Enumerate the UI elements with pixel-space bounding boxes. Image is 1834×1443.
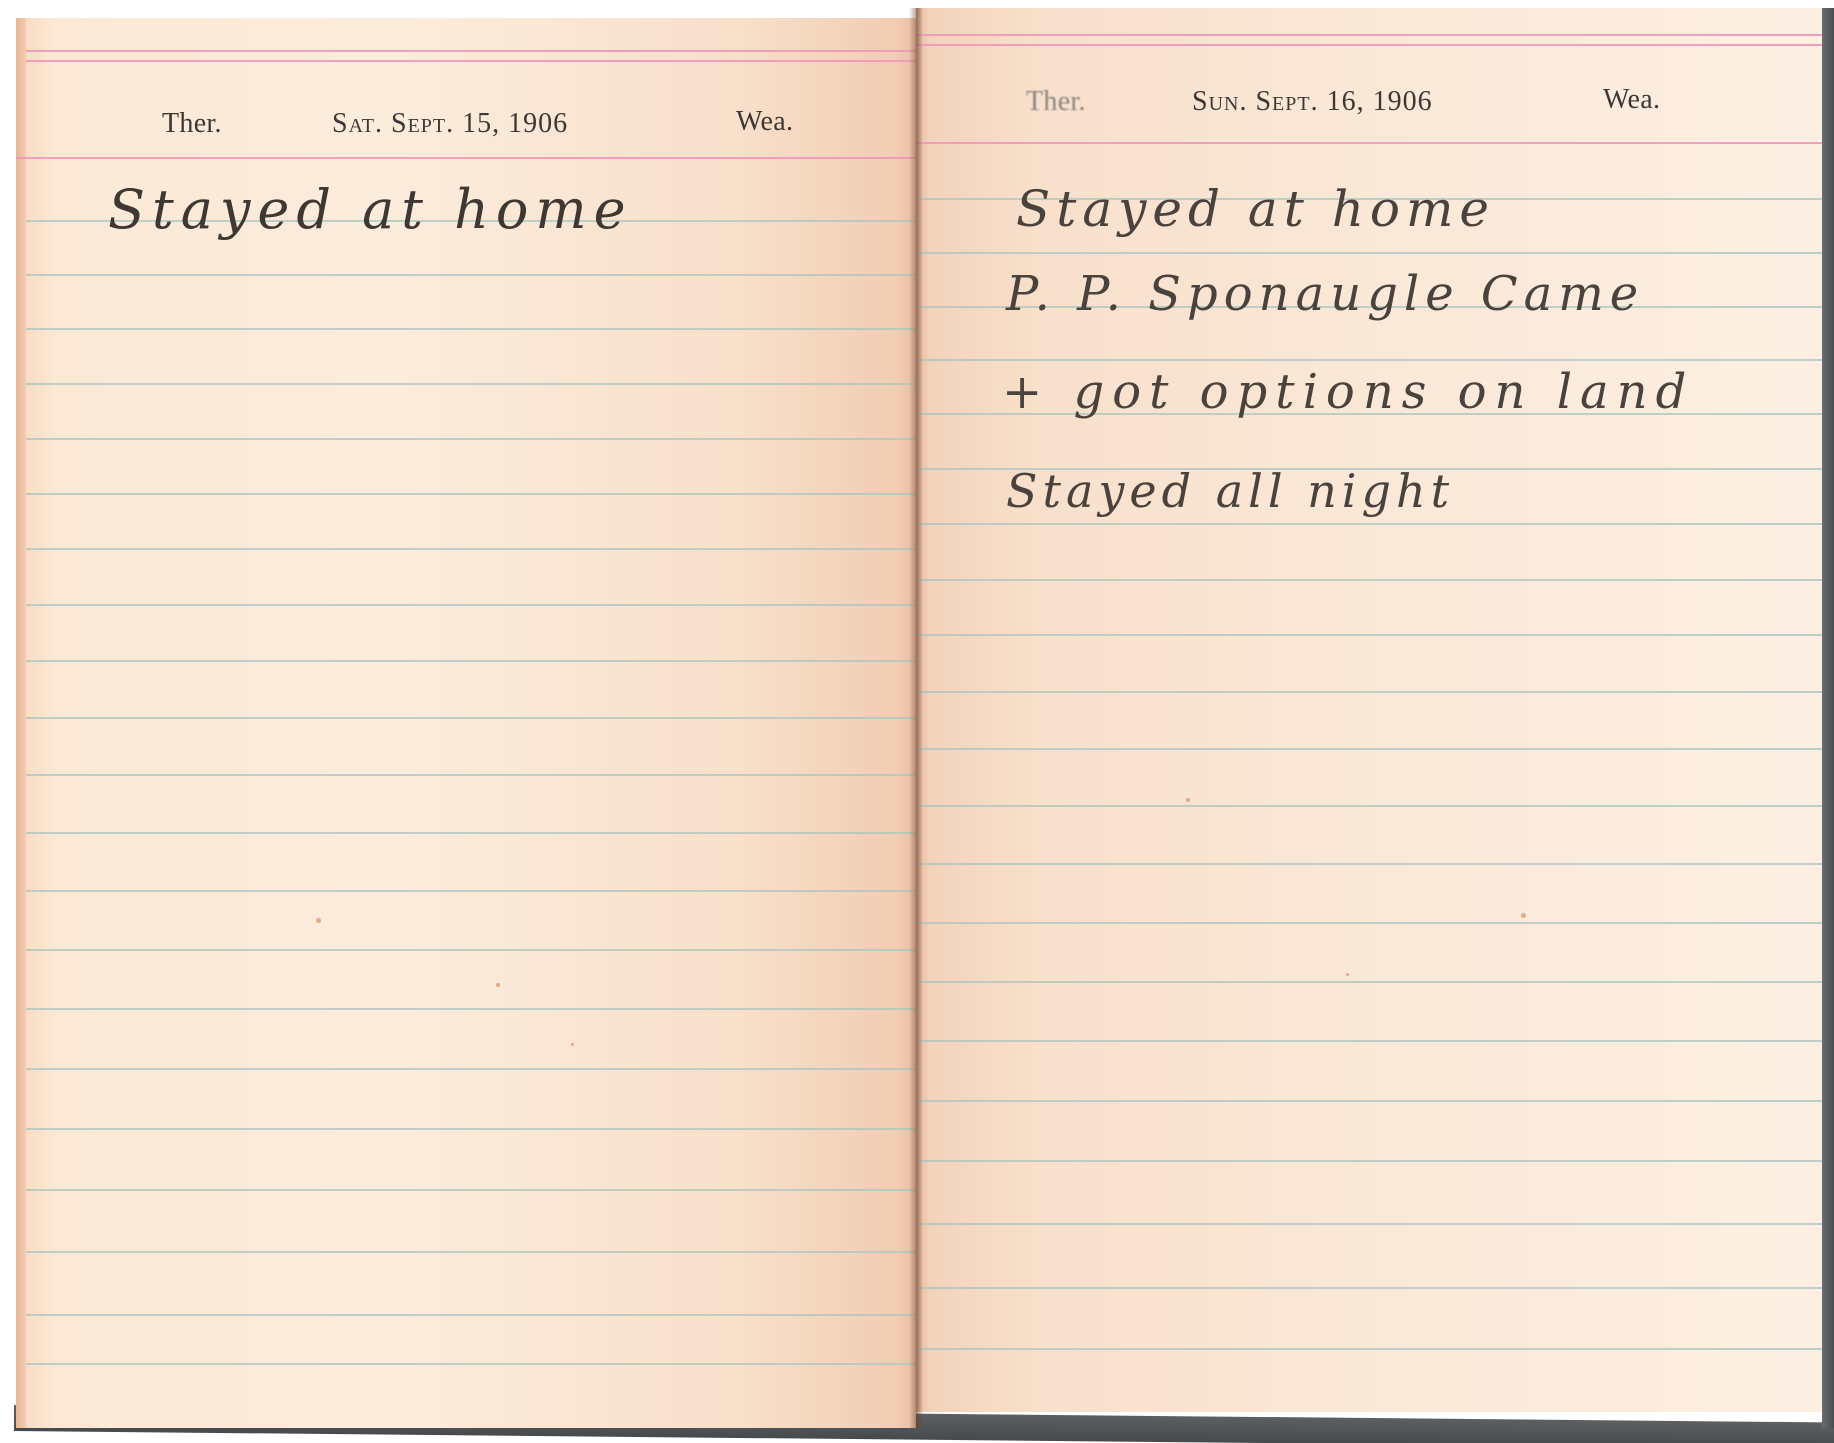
ruled-line <box>26 1363 916 1365</box>
ruled-line <box>916 359 1822 361</box>
wea-label: Wea. <box>1603 84 1660 116</box>
paper-foxing-spot <box>1186 798 1190 802</box>
ruled-line <box>26 548 916 550</box>
ruled-line <box>26 717 916 719</box>
ruled-line <box>26 438 916 440</box>
ruled-line <box>916 1287 1822 1289</box>
ruled-line <box>26 493 916 495</box>
ruled-line <box>916 691 1822 693</box>
ruled-line <box>26 890 916 892</box>
ruled-line <box>26 1128 916 1130</box>
wea-label: Wea. <box>736 106 793 138</box>
handwritten-entry-line: P. P. Sponaugle Came <box>1006 266 1644 322</box>
ruled-line <box>26 383 916 385</box>
diary-page-left: Ther. Sat. Sept. 15, 1906 Wea. Stayed at… <box>16 18 916 1428</box>
ruled-line <box>916 1100 1822 1102</box>
paper-foxing-spot <box>496 983 500 987</box>
ruled-line <box>916 579 1822 581</box>
ruled-line <box>26 274 916 276</box>
ruled-line <box>916 252 1822 254</box>
header-double-rule-top <box>26 50 916 52</box>
ruled-line <box>916 523 1822 525</box>
paper-foxing-spot <box>1521 913 1526 918</box>
ruled-line <box>916 634 1822 636</box>
paper-foxing-spot <box>571 1043 574 1046</box>
ruled-line <box>26 660 916 662</box>
page-date: Sun. Sept. 16, 1906 <box>1192 86 1433 118</box>
ruled-line <box>26 1008 916 1010</box>
header-underline-rule <box>16 157 916 159</box>
ruled-line <box>916 1348 1822 1350</box>
ruled-line <box>26 832 916 834</box>
handwritten-entry-line: + got options on land <box>1002 364 1694 420</box>
ther-label: Ther. <box>162 108 222 140</box>
ruled-line <box>26 1314 916 1316</box>
page-date: Sat. Sept. 15, 1906 <box>332 108 568 140</box>
ruled-line <box>916 1223 1822 1225</box>
ruled-line <box>916 805 1822 807</box>
ruled-line <box>916 981 1822 983</box>
header-double-rule-bottom <box>916 44 1822 46</box>
ruled-line <box>916 863 1822 865</box>
book-gutter-spine <box>909 8 923 1428</box>
handwritten-entry-line: Stayed all night <box>1006 464 1454 518</box>
ruled-line <box>916 1160 1822 1162</box>
handwritten-entry-line: Stayed at home <box>1016 180 1495 238</box>
ruled-line <box>26 949 916 951</box>
paper-foxing-spot <box>316 918 321 923</box>
header-underline-rule <box>916 142 1822 144</box>
ruled-line <box>26 1251 916 1253</box>
paper-foxing-spot <box>1346 973 1349 976</box>
ruled-line <box>26 774 916 776</box>
ruled-line <box>916 748 1822 750</box>
ruled-line <box>26 328 916 330</box>
ruled-line <box>26 1068 916 1070</box>
ruled-line <box>916 1040 1822 1042</box>
ruled-line <box>26 1189 916 1191</box>
diary-page-right: Ther. Sun. Sept. 16, 1906 Wea. Stayed at… <box>916 8 1822 1412</box>
ruled-line <box>26 604 916 606</box>
ruled-line <box>916 922 1822 924</box>
handwritten-entry-line: Stayed at home <box>108 178 633 241</box>
ther-label: Ther. <box>1026 86 1086 118</box>
header-double-rule-bottom <box>26 60 916 62</box>
book-cover-right-edge <box>1822 8 1834 1428</box>
header-double-rule-top <box>916 34 1822 36</box>
